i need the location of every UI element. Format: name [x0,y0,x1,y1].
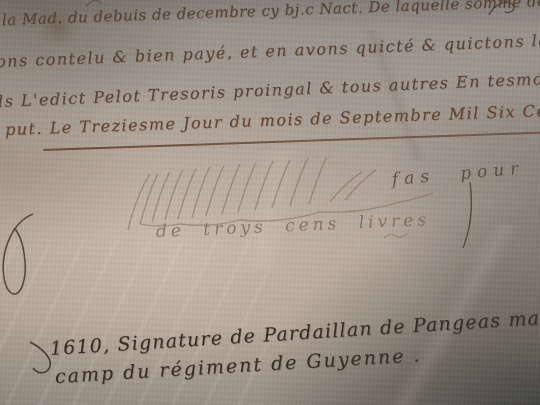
pen-descender-stroke [463,182,471,248]
manuscript-line-2: ons contelu & bien payé, et en avons qui… [0,30,540,71]
margin-loop-flourish [3,214,33,294]
signature-amount-text: de troys cens livres [156,210,431,242]
manuscript-line-1: la Mad. du debuis de decembre cy bj.c Na… [2,0,540,29]
manuscript-photo: la Mad. du debuis de decembre cy bj.c Na… [0,0,540,405]
signature-fragment-text: fas pour [391,158,525,189]
note-lead-in-flourish [30,342,50,373]
faint-letter-trace [384,233,408,238]
top-curl-flourish [86,0,101,7]
